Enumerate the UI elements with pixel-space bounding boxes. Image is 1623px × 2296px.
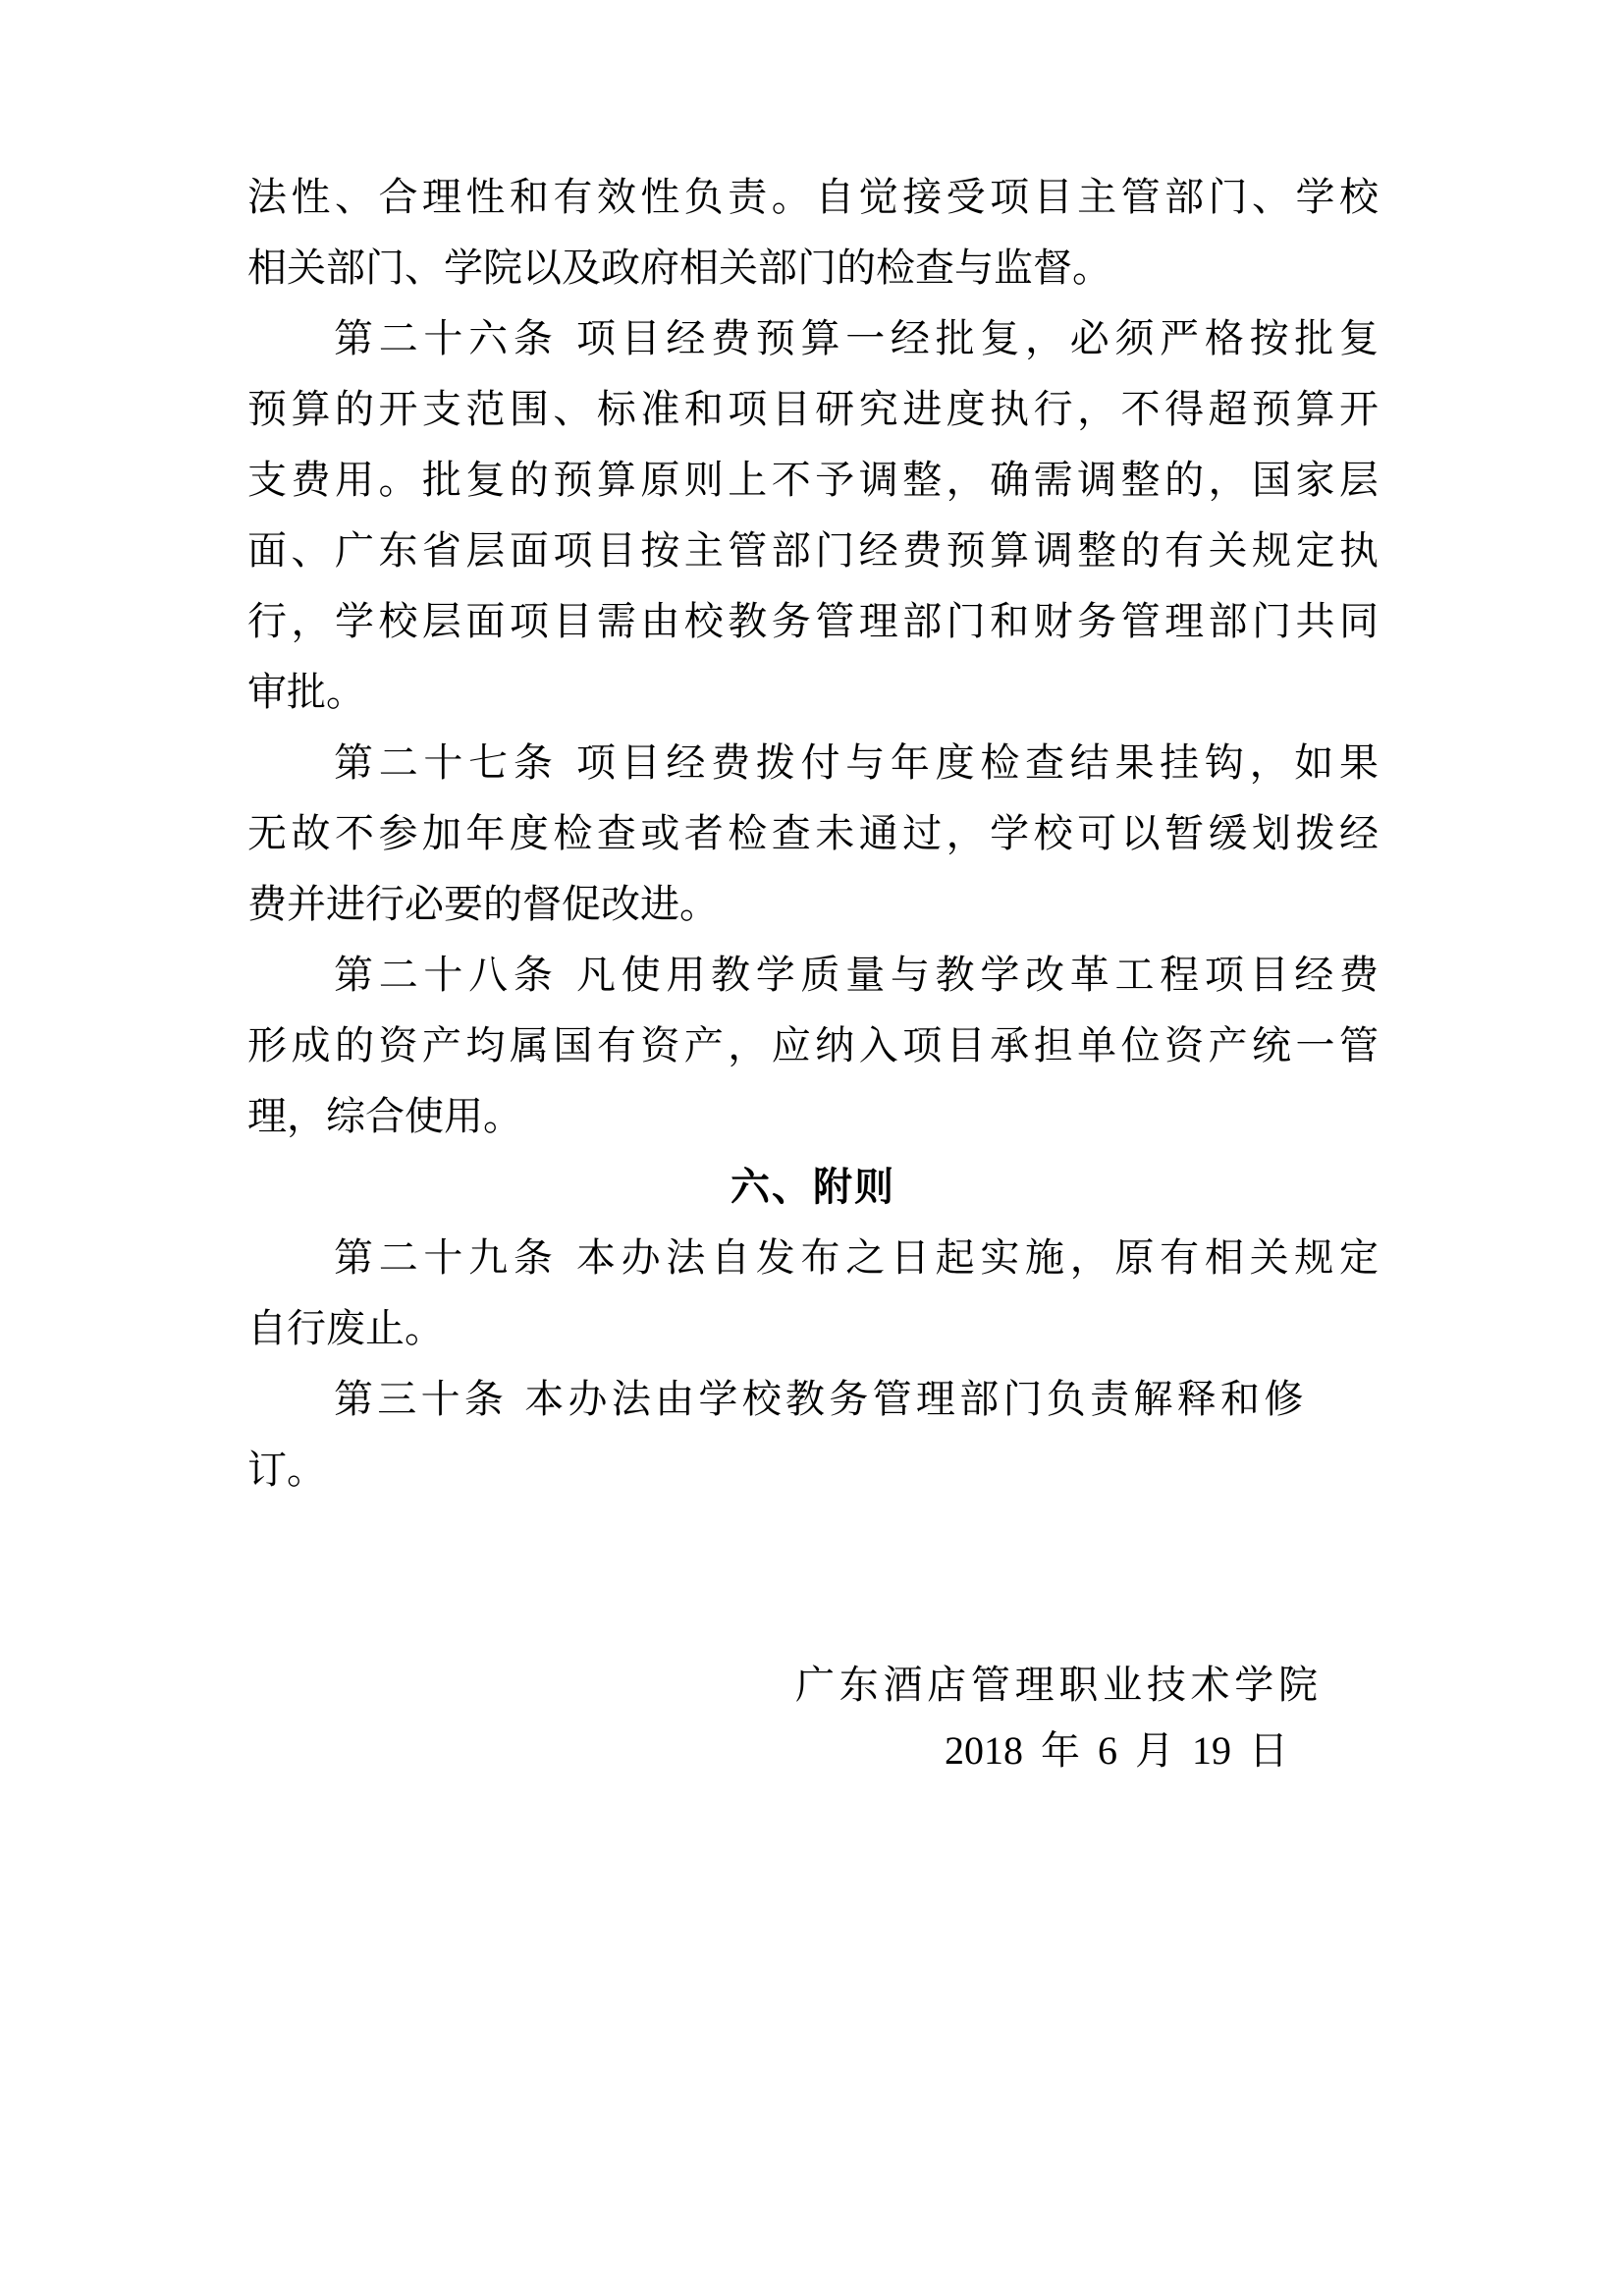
text-line: 自行废止。 [247, 1293, 1379, 1364]
text-line: 相关部门、学院以及政府相关部门的检查与监督。 [247, 233, 1379, 303]
article-29-heading-line: 第二十九条 本办法自发布之日起实施，原有相关规定 [247, 1223, 1379, 1293]
article-28-heading-line: 第二十八条 凡使用教学质量与教学改革工程项目经费 [247, 940, 1379, 1011]
text-line: 支费用。批复的预算原则上不予调整，确需调整的，国家层 [247, 445, 1379, 516]
article-26-heading-line: 第二十六条 项目经费预算一经批复，必须严格按批复 [247, 303, 1379, 374]
document-page: 法性、合理性和有效性负责。自觉接受项目主管部门、学校 相关部门、学院以及政府相关… [0, 0, 1623, 2296]
document-body: 法性、合理性和有效性负责。自觉接受项目主管部门、学校 相关部门、学院以及政府相关… [247, 162, 1379, 1505]
text-line: 形成的资产均属国有资产，应纳入项目承担单位资产统一管 [247, 1011, 1379, 1081]
article-30-heading-line: 第三十条 本办法由学校教务管理部门负责解释和修 [247, 1364, 1379, 1435]
text-line: 订。 [247, 1435, 1379, 1505]
text-line: 理，综合使用。 [247, 1081, 1379, 1152]
signature-organization: 广东酒店管理职业技术学院 [795, 1650, 1318, 1721]
text-line: 无故不参加年度检查或者检查未通过，学校可以暂缓划拨经 [247, 798, 1379, 869]
text-line: 法性、合理性和有效性负责。自觉接受项目主管部门、学校 [247, 162, 1379, 233]
text-line: 行，学校层面项目需由校教务管理部门和财务管理部门共同 [247, 586, 1379, 657]
text-line: 费并进行必要的督促改进。 [247, 869, 1379, 940]
text-line: 审批。 [247, 657, 1379, 728]
text-line: 预算的开支范围、标准和项目研究进度执行，不得超预算开 [247, 374, 1379, 445]
section-heading-supplementary: 六、附则 [247, 1152, 1379, 1223]
article-27-heading-line: 第二十七条 项目经费拨付与年度检查结果挂钩，如果 [247, 728, 1379, 798]
text-line: 面、广东省层面项目按主管部门经费预算调整的有关规定执 [247, 516, 1379, 586]
signature-date: 2018 年 6 月 19 日 [945, 1716, 1278, 1786]
